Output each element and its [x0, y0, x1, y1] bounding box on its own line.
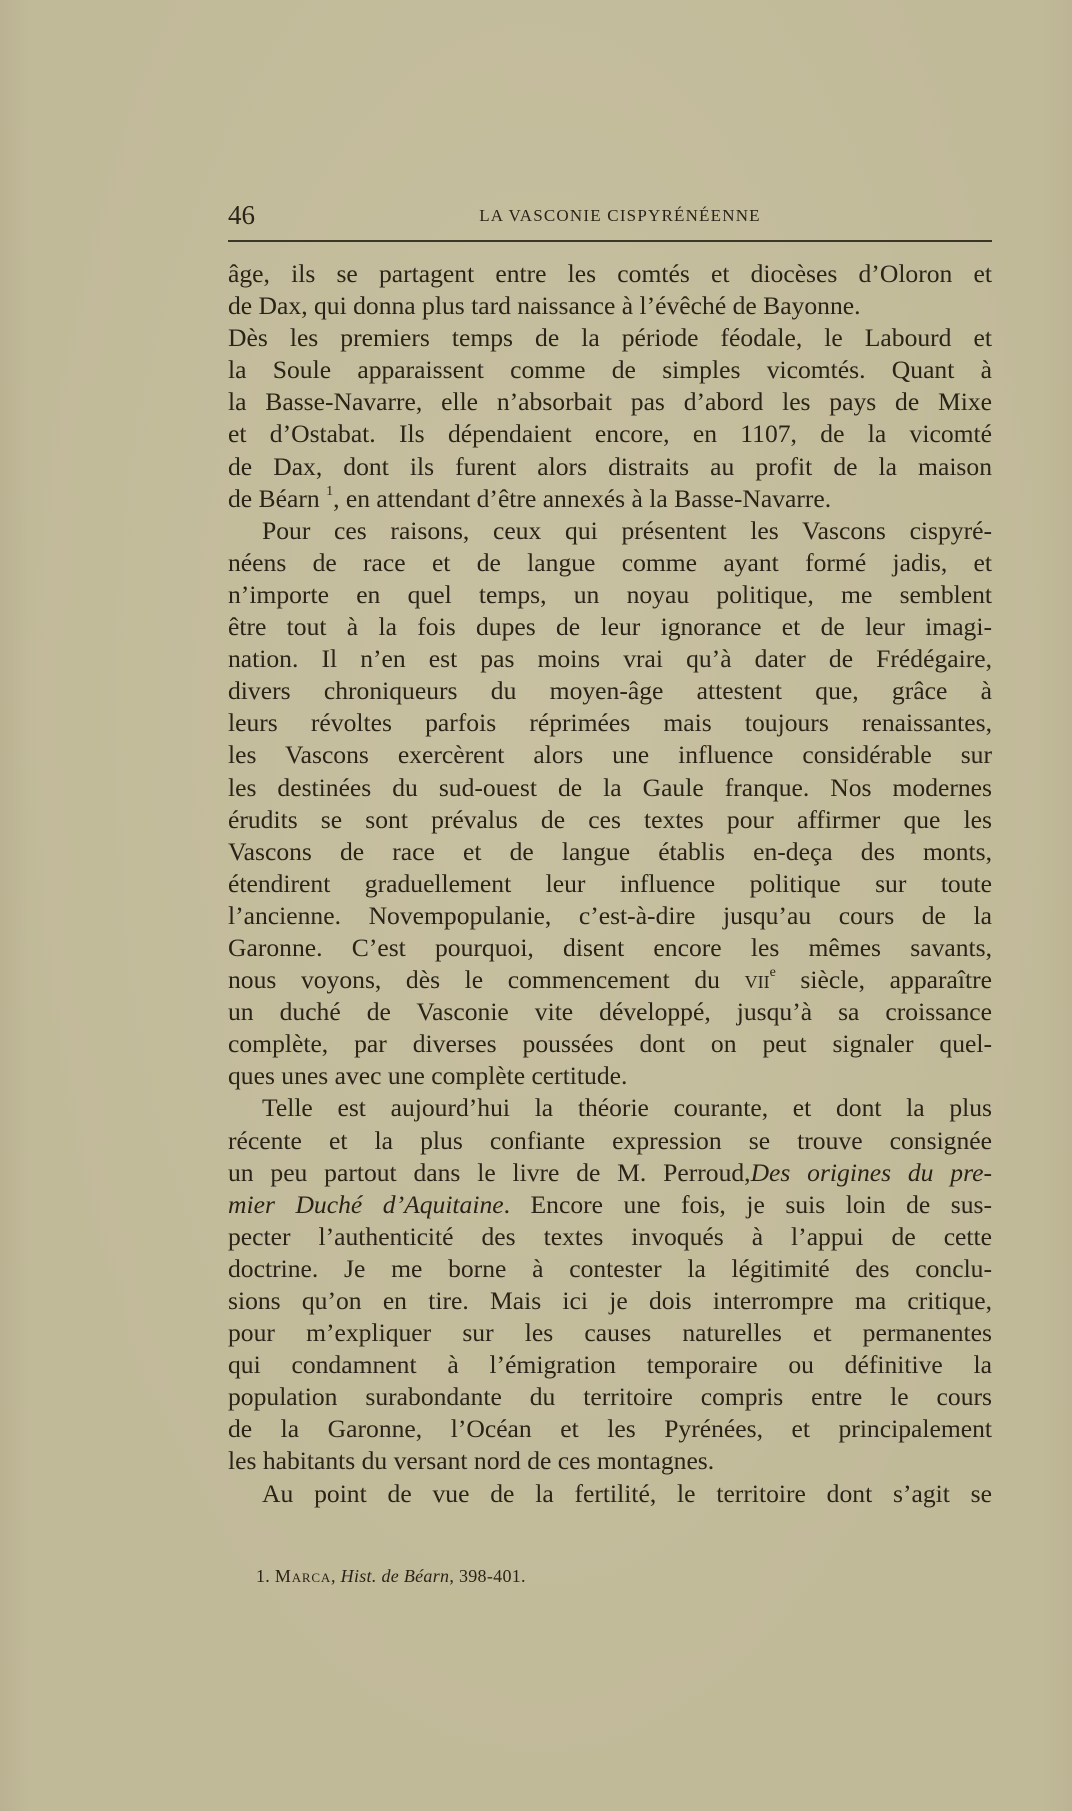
line-text: les Vascons exercèrent alors une influen… — [228, 740, 992, 769]
line-text: un peu partout dans le livre de M. Perro… — [228, 1158, 751, 1187]
line-text: Dès les premiers temps de la période féo… — [228, 323, 992, 352]
paragraph-start-line: Au point de vue de la fertilité, le terr… — [228, 1478, 992, 1510]
line-text: Telle est aujourd’hui la théorie courant… — [262, 1093, 992, 1122]
footnote-author: Marca — [275, 1566, 331, 1586]
footnote-number: 1. — [256, 1566, 270, 1586]
text-line: étendirent graduellement leur influence … — [228, 868, 992, 900]
line-text: doctrine. Je me borne à contester la lég… — [228, 1254, 992, 1283]
text-line: sions qu’on en tire. Mais ici je dois in… — [228, 1285, 992, 1317]
line-text: pour m’expliquer sur les causes naturell… — [228, 1318, 992, 1347]
text-line: les habitants du versant nord de ces mon… — [228, 1445, 992, 1477]
line-text: , en attendant d’être annexés à la Basse… — [333, 484, 831, 513]
text-line: qui condamnent à l’émigration temporaire… — [228, 1349, 992, 1381]
line-text: Garonne. C’est pourquoi, disent encore l… — [228, 933, 992, 962]
line-text: les habitants du versant nord de ces mon… — [228, 1446, 714, 1475]
text-line: leurs révoltes parfois réprimées mais to… — [228, 707, 992, 739]
line-text: sions qu’on en tire. Mais ici je dois in… — [228, 1286, 992, 1315]
line-text: . Encore une fois, je suis loin de sus- — [504, 1190, 992, 1219]
text-line: complète, par diverses poussées dont on … — [228, 1028, 992, 1060]
line-text: nation. Il n’en est pas moins vrai qu’à … — [228, 644, 992, 673]
text-line: âge, ils se partagent entre les comtés e… — [228, 258, 992, 290]
line-text: n’importe en quel temps, un noyau politi… — [228, 580, 992, 609]
line-text: Au point de vue de la fertilité, le terr… — [262, 1479, 992, 1508]
text-line: un duché de Vasconie vite développé, jus… — [228, 996, 992, 1028]
text-line: et d’Ostabat. Ils dépendaient encore, en… — [228, 418, 992, 450]
text-line: Garonne. C’est pourquoi, disent encore l… — [228, 932, 992, 964]
italic-title: mier Duché d’Aquitaine — [228, 1190, 504, 1219]
line-text: complète, par diverses poussées dont on … — [228, 1029, 992, 1058]
text-line: la Soule apparaissent comme de simples v… — [228, 354, 992, 386]
line-text: pecter l’authenticité des textes invoqué… — [228, 1222, 992, 1251]
footnote: 1. Marca, Hist. de Béarn, 398-401. — [256, 1566, 526, 1587]
text-line: un peu partout dans le livre de M. Perro… — [228, 1157, 992, 1189]
text-line: n’importe en quel temps, un noyau politi… — [228, 579, 992, 611]
line-text: Vascons de race et de langue établis en-… — [228, 837, 992, 866]
text-line: les destinées du sud-ouest de la Gaule f… — [228, 772, 992, 804]
paragraph-start-line: Telle est aujourd’hui la théorie courant… — [228, 1092, 992, 1124]
line-text: l’ancienne. Novempopulanie, c’est-à-dire… — [228, 901, 992, 930]
text-line: récente et la plus confiante expression … — [228, 1125, 992, 1157]
line-text: et d’Ostabat. Ils dépendaient encore, en… — [228, 419, 992, 448]
line-text: siècle, apparaître — [776, 965, 992, 994]
text-line: de Dax, qui donna plus tard naissance à … — [228, 290, 992, 322]
text-line: doctrine. Je me borne à contester la lég… — [228, 1253, 992, 1285]
line-text: de Dax, dont ils furent alors distraits … — [228, 452, 992, 481]
footnote-title: Hist. de Béarn — [341, 1566, 450, 1586]
text-line: mier Duché d’Aquitaine. Encore une fois,… — [228, 1189, 992, 1221]
text-line: la Basse-Navarre, elle n’absorbait pas d… — [228, 386, 992, 418]
text-line: néens de race et de langue comme ayant f… — [228, 547, 992, 579]
line-text: Pour ces raisons, ceux qui présentent le… — [262, 516, 992, 545]
line-text: de Béarn — [228, 484, 326, 513]
text-line: érudits se sont prévalus de ces textes p… — [228, 804, 992, 836]
text-line: l’ancienne. Novempopulanie, c’est-à-dire… — [228, 900, 992, 932]
line-text: divers chroniqueurs du moyen-âge atteste… — [228, 676, 992, 705]
header-rule — [228, 240, 992, 242]
line-text: âge, ils se partagent entre les comtés e… — [228, 259, 992, 288]
line-text: néens de race et de langue comme ayant f… — [228, 548, 992, 577]
text-line: Vascons de race et de langue établis en-… — [228, 836, 992, 868]
text-line: ques unes avec une complète certitude. — [228, 1060, 992, 1092]
text-line: être tout à la fois dupes de leur ignora… — [228, 611, 992, 643]
text-line: population surabondante du territoire co… — [228, 1381, 992, 1413]
line-text: de Dax, qui donna plus tard naissance à … — [228, 291, 861, 320]
line-text: ques unes avec une complète certitude. — [228, 1061, 627, 1090]
running-title: LA VASCONIE CISPYRÉNÉENNE — [228, 206, 992, 226]
line-text: les destinées du sud-ouest de la Gaule f… — [228, 773, 992, 802]
line-text: érudits se sont prévalus de ces textes p… — [228, 805, 992, 834]
line-text: être tout à la fois dupes de leur ignora… — [228, 612, 992, 641]
paragraph-start-line: Pour ces raisons, ceux qui présentent le… — [228, 515, 992, 547]
line-text: population surabondante du territoire co… — [228, 1382, 992, 1411]
text-line: Dès les premiers temps de la période féo… — [228, 322, 992, 354]
line-text: nous voyons, dès le commencement du — [228, 965, 745, 994]
text-line: de la Garonne, l’Océan et les Pyrénées, … — [228, 1413, 992, 1445]
book-page: 46 LA VASCONIE CISPYRÉNÉENNE âge, ils se… — [228, 198, 992, 1510]
text-line: les Vascons exercèrent alors une influen… — [228, 739, 992, 771]
line-text: récente et la plus confiante expression … — [228, 1126, 992, 1155]
roman-numeral: vii — [745, 965, 770, 994]
text-line: divers chroniqueurs du moyen-âge atteste… — [228, 675, 992, 707]
italic-title: Des origines du pre- — [751, 1158, 992, 1187]
line-text: la Basse-Navarre, elle n’absorbait pas d… — [228, 387, 992, 416]
line-text: leurs révoltes parfois réprimées mais to… — [228, 708, 992, 737]
text-line: nous voyons, dès le commencement du viie… — [228, 964, 992, 996]
text-line: pour m’expliquer sur les causes naturell… — [228, 1317, 992, 1349]
text-line: nation. Il n’en est pas moins vrai qu’à … — [228, 643, 992, 675]
body-text: âge, ils se partagent entre les comtés e… — [228, 258, 992, 1510]
line-text: qui condamnent à l’émigration temporaire… — [228, 1350, 992, 1379]
text-line: de Dax, dont ils furent alors distraits … — [228, 451, 992, 483]
footnote-pages: 398-401. — [459, 1566, 526, 1586]
line-text: un duché de Vasconie vite développé, jus… — [228, 997, 992, 1026]
line-text: de la Garonne, l’Océan et les Pyrénées, … — [228, 1414, 992, 1443]
running-head: 46 LA VASCONIE CISPYRÉNÉENNE — [228, 198, 992, 232]
line-text: la Soule apparaissent comme de simples v… — [228, 355, 992, 384]
line-text: étendirent graduellement leur influence … — [228, 869, 992, 898]
text-line: de Béarn 1, en attendant d’être annexés … — [228, 483, 992, 515]
text-line: pecter l’authenticité des textes invoqué… — [228, 1221, 992, 1253]
